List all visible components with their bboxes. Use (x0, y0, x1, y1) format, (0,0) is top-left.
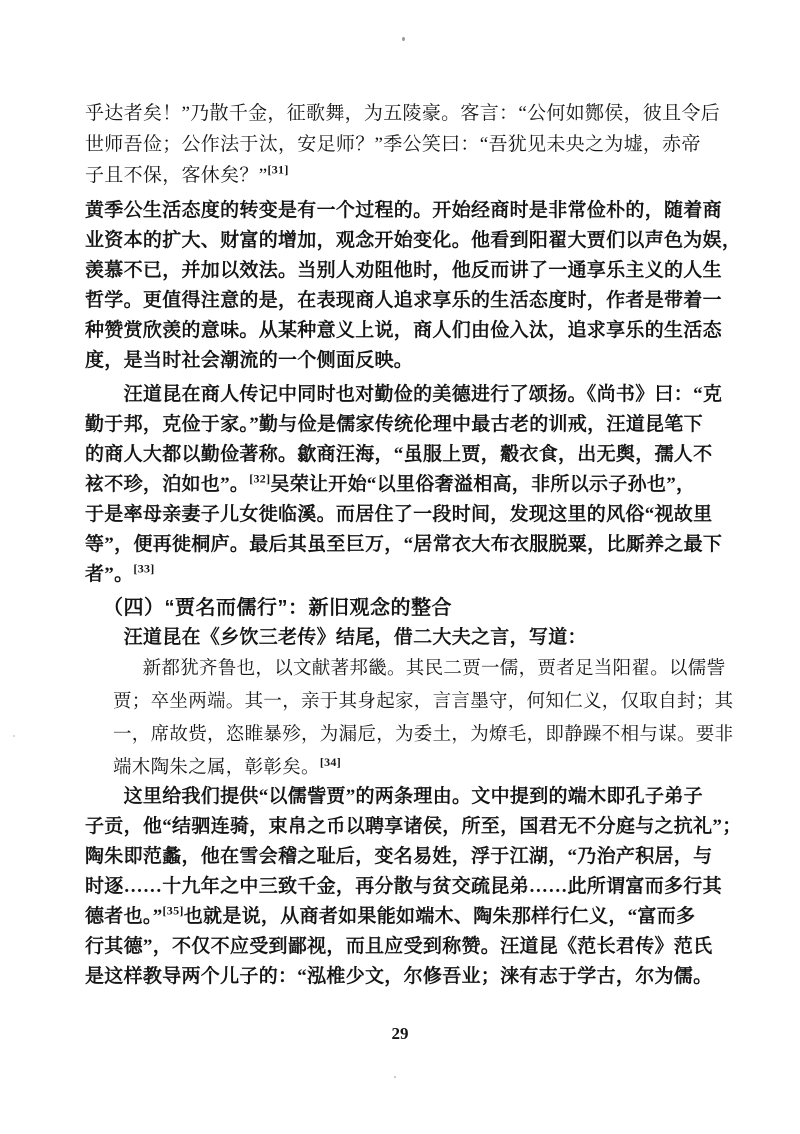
paragraph-wang-daokun-qinjian: 汪道昆在商人传记中同时也对勤俭的美德进行了颂扬。《尚书》曰：“克 勤于邦，克俭于… (85, 380, 745, 590)
document-page: 乎达者矣！”乃散千金，征歌舞，为五陵豪。客言：“公何如酂侯，彼且令后 世师吾俭；… (0, 0, 800, 1134)
quote-line: 贾；卒坐两端。其一，亲于其身起家，言言墨守，何知仁义，仅取自封；其 (113, 686, 745, 719)
quote-line: 端木陶朱之属，彰彰矣。[34] (113, 752, 745, 785)
quote-line: 乎达者矣！”乃散千金，征歌舞，为五陵豪。客言：“公何如酂侯，彼且令后 (85, 98, 745, 129)
body-line: 汪道昆在商人传记中同时也对勤俭的美德进行了颂扬。《尚书》曰：“克 (85, 380, 745, 410)
body-line: 是这样教导两个儿子的：“泓椎少文，尔修吾业；涞有志于学古，尔为儒。 (85, 962, 745, 992)
body-line: 羡慕不已，并加以效法。当别人劝阻他时，他反而讲了一通享乐主义的人生 (85, 256, 745, 286)
body-line: 时逐……十九年之中三致千金，再分散与贫交疏昆弟……此所谓富而多行其 (85, 872, 745, 902)
body-line: 黄季公生活态度的转变是有一个过程的。开始经商时是非常俭朴的，随着商 (85, 196, 745, 226)
body-line: 德者也。”[35]也就是说，从商者如果能如端木、陶朱那样行仁义，“富而多 (85, 902, 745, 932)
block-quote-xiangyin: 新都犹齐鲁也，以文献著邦畿。其民二贾一儒，贾者足当阳翟。以儒訾 贾；卒坐两端。其… (113, 653, 745, 785)
body-line: 的商人大都以勤俭著称。歙商汪海，“虽服上贾，觳衣食，出无舆，孺人不 (85, 440, 745, 470)
quote-line: 一，席故赀，恣睢暴殄，为漏卮，为委土，为燎毛，即静躁不相与谋。要非 (113, 719, 745, 752)
paragraph-huang-jigong: 黄季公生活态度的转变是有一个过程的。开始经商时是非常俭朴的，随着商 业资本的扩大… (85, 196, 745, 376)
paragraph-zheli: 这里给我们提供“以儒訾贾”的两条理由。文中提到的端木即孔子弟子 子贡，他“结驷连… (85, 782, 745, 992)
body-line: 陶朱即范蠡，他在雪会稽之耻后，变名易姓，浮于江湖，“乃治产积居，与 (85, 842, 745, 872)
body-line: 这里给我们提供“以儒訾贾”的两条理由。文中提到的端木即孔子弟子 (85, 782, 745, 812)
body-line: 度，是当时社会潮流的一个侧面反映。 (85, 346, 745, 376)
quote-line: 世师吾俭；公作法于汰，安足师？”季公笑曰：“吾犹见未央之为墟，赤帝 (85, 129, 745, 160)
section-heading: （四）“贾名而儒行”：新旧观念的整合 (103, 593, 743, 623)
quote-line: 子且不保，客休矣？”[31] (85, 160, 745, 191)
body-line: 哲学。更值得注意的是，在表现商人追求享乐的生活态度时，作者是带着一 (85, 286, 745, 316)
scan-speck (394, 1076, 396, 1078)
body-line: 于是率母亲妻子儿女徙临溪。而居住了一段时间，发现这里的风俗“视故里 (85, 500, 745, 530)
quote-line: 新都犹齐鲁也，以文献著邦畿。其民二贾一儒，贾者足当阳翟。以儒訾 (113, 653, 745, 686)
scan-speck (13, 735, 15, 737)
scan-speck (402, 37, 405, 41)
body-line: 等”，便再徙桐庐。最后其虽至巨万，“居常衣大布衣服脱粟，比厮养之最下 (85, 530, 745, 560)
body-line: 业资本的扩大、财富的增加，观念开始变化。他看到阳翟大贾们以声色为娱， (85, 226, 745, 256)
body-line: 汪道昆在《乡饮三老传》结尾，借二大夫之言，写道： (85, 623, 745, 653)
paragraph-intro: 汪道昆在《乡饮三老传》结尾，借二大夫之言，写道： (85, 623, 745, 653)
body-line: 袨不珍，泊如也”。[32]吴荣让开始“以里俗奢溢相高，非所以示子孙也”， (85, 470, 745, 500)
body-line: 种赞赏欣羡的意味。从某种意义上说，商人们由俭入汰，追求享乐的生活态 (85, 316, 745, 346)
page-number: 29 (0, 1024, 800, 1044)
body-line: 勤于邦，克俭于家。”勤与俭是儒家传统伦理中最古老的训戒，汪道昆笔下 (85, 410, 745, 440)
body-line: 行其德”，不仅不应受到鄙视，而且应受到称赞。汪道昆《范长君传》范氏 (85, 932, 745, 962)
body-line: 者”。[33] (85, 560, 745, 590)
block-quote-opening: 乎达者矣！”乃散千金，征歌舞，为五陵豪。客言：“公何如酂侯，彼且令后 世师吾俭；… (85, 98, 745, 191)
body-line: 子贡，他“结驷连骑，束帛之币以聘享诸侯，所至，国君无不分庭与之抗礼”； (85, 812, 745, 842)
